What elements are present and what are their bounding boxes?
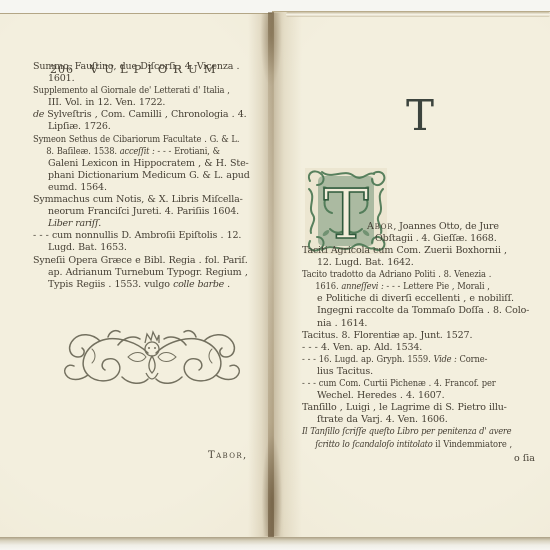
text-line: lius Tacitus. <box>302 366 538 378</box>
text-segment: Il Tanſillo ſcriſſe queſto Libro per pen… <box>302 426 511 437</box>
text-segment: e Politiche di diverſi eccellenti , e no… <box>317 293 514 304</box>
text-segment: acceſſit : <box>120 146 155 157</box>
text-segment: Ingegni raccolte da Tommaſo Doſſa . 8. C… <box>317 305 529 316</box>
text-segment: phani Dictionarium Medicum G. & L. apud <box>48 170 250 181</box>
text-line: Liber rariſſ. <box>33 218 259 230</box>
text-segment: Abor <box>367 221 393 232</box>
right-catchword: o ſia <box>514 453 535 464</box>
text-segment: - - - Erotiani, & <box>155 146 220 157</box>
rococo-tailpiece-ornament <box>62 327 242 393</box>
left-catchword: Tabor, <box>208 450 248 461</box>
section-letter: T <box>398 95 442 137</box>
text-segment: Tacito tradotto da Adriano Politi . 8. V… <box>302 269 491 280</box>
text-segment: colle barbe . <box>173 279 230 290</box>
left-text-block: Summo, Fauſtino, due Diſcorſi . 4. Vicen… <box>33 61 259 291</box>
ornament-mask-face <box>145 332 159 379</box>
text-segment: Lugd. Bat. 1653. <box>48 242 127 253</box>
text-segment: Wechel. Heredes . 4. 1607. <box>317 390 444 401</box>
text-segment: Galeni Lexicon in Hippocratem , & H. Ste… <box>48 158 249 169</box>
text-line: Lipſiæ. 1726. <box>33 121 259 133</box>
text-line: Syneſii Opera Græce e Bibl. Regia . fol.… <box>33 255 259 267</box>
text-line: Taciti Agricola cum Com. Zuerii Boxhorni… <box>302 245 538 257</box>
text-line: Typis Regiis . 1553. vulgo colle barbe . <box>33 279 259 291</box>
text-segment: ſtrate da Varj. 4. Ven. 1606. <box>317 414 448 425</box>
text-line: Symmachus cum Notis, & X. Libris Miſcell… <box>33 194 259 206</box>
text-segment: neorum Franciſci Jureti. 4. Pariſiis 160… <box>48 206 239 217</box>
text-line: neorum Franciſci Jureti. 4. Pariſiis 160… <box>33 206 259 218</box>
text-line: ſtrate da Varj. 4. Ven. 1606. <box>302 414 538 426</box>
text-segment: ſcritto lo ſcandaloſo intitolato <box>315 439 435 450</box>
text-segment: nia . 1614. <box>317 318 367 329</box>
text-segment: Taciti Agricola cum Com. Zuerii Boxhorni… <box>302 245 507 256</box>
text-segment: III. Vol. in 12. Ven. 1722. <box>48 97 165 108</box>
text-line: nia . 1614. <box>302 318 538 330</box>
text-segment: - - - Lettere Pie , Morali , <box>384 281 490 292</box>
text-line: ap. Adrianum Turnebum Typogr. Regium , <box>33 267 259 279</box>
text-segment: Symmachus cum Notis, & X. Libris Miſcell… <box>33 194 243 205</box>
text-segment: Vide : <box>434 354 457 365</box>
text-segment: - - - cum nonnullis D. Ambroſii Epiſtoli… <box>33 230 241 241</box>
text-line: Obſtagii . 4. Gieſſæ. 1668. <box>375 233 497 244</box>
text-segment: Corne- <box>457 354 488 365</box>
text-segment: Tacitus. 8. Florentiæ ap. Junt. 1527. <box>302 330 472 341</box>
text-line: - - - cum Com. Curtii Pichenæ . 4. Franc… <box>302 378 510 390</box>
text-line: 1601. <box>33 73 259 85</box>
text-segment: - - - 16. Lugd. ap. Gryph. 1559. <box>302 354 434 365</box>
text-segment: Tanſillo , Luigi , le Lagrime di S. Piet… <box>302 402 507 413</box>
text-line: Summo, Fauſtino, due Diſcorſi . 4. Vicen… <box>33 61 259 73</box>
text-line: Wechel. Heredes . 4. 1607. <box>302 390 538 402</box>
text-line: Galeni Lexicon in Hippocratem , & H. Ste… <box>33 158 259 170</box>
text-line: Symeon Sethus de Cibariorum Facultate . … <box>33 134 232 146</box>
page-top-edge <box>286 12 550 17</box>
text-line: phani Dictionarium Medicum G. & L. apud <box>33 170 259 182</box>
book-bottom-edge <box>0 537 550 550</box>
text-segment: Typis Regiis . 1553. vulgo <box>48 279 173 290</box>
text-segment: Symeon Sethus de Cibariorum Facultate . … <box>33 134 239 145</box>
text-line: - - - 4. Ven. ap. Ald. 1534. <box>302 342 538 354</box>
text-segment: 12. Lugd. Bat. 1642. <box>317 257 414 268</box>
initial-letter: T <box>323 176 368 255</box>
text-line: de Sylveſtris , Com. Camilli , Chronolog… <box>33 109 259 121</box>
text-line: Tanſillo , Luigi , le Lagrime di S. Piet… <box>302 402 538 414</box>
text-segment: , Joannes Otto, de Jure <box>393 221 499 232</box>
text-line: Il Tanſillo ſcriſſe queſto Libro per pen… <box>302 426 510 438</box>
text-segment: - - - cum Com. Curtii Pichenæ . 4. Franc… <box>302 378 496 389</box>
text-line: Lugd. Bat. 1653. <box>33 242 259 254</box>
text-segment: il Vindemmiatore , <box>435 439 512 450</box>
text-line: Abor, Joannes Otto, de Jure <box>367 221 499 232</box>
text-segment: anneſſevi : <box>341 281 383 292</box>
text-segment: Supplemento al Giornale de' Letterati d'… <box>33 85 230 96</box>
text-segment: Lipſiæ. 1726. <box>48 121 111 132</box>
text-line: Supplemento al Giornale de' Letterati d'… <box>33 85 232 97</box>
text-segment: Obſtagii . 4. Gieſſæ. 1668. <box>375 233 497 244</box>
open-book-photo: 206VULPIORUM BIBLIOTHECA.207 Summo, Fauſ… <box>0 0 550 550</box>
text-segment: eumd. 1564. <box>48 182 107 193</box>
text-segment: lius Tacitus. <box>317 366 373 377</box>
text-line: 8. Baſileæ. 1538. acceſſit : - - - Eroti… <box>33 146 232 158</box>
text-segment: Syneſii Opera Græce e Bibl. Regia . fol.… <box>33 255 248 266</box>
right-text-block: Taciti Agricola cum Com. Zuerii Boxhorni… <box>302 245 538 451</box>
text-segment: Sylveſtris , Com. Camilli , Chronologia … <box>47 109 246 120</box>
text-segment: de <box>33 109 47 120</box>
text-line: Ingegni raccolte da Tommaſo Doſſa . 8. C… <box>302 305 538 317</box>
text-line: 12. Lugd. Bat. 1642. <box>302 257 538 269</box>
text-segment: ap. Adrianum Turnebum Typogr. Regium , <box>48 267 248 278</box>
text-segment: Liber rariſſ. <box>48 218 101 229</box>
text-line: e Politiche di diverſi eccellenti , e no… <box>302 293 538 305</box>
gutter-shadow-top <box>260 13 282 87</box>
gutter-shadow-bottom <box>262 436 282 536</box>
text-segment: 8. Baſileæ. 1538. <box>46 146 120 157</box>
text-line: 1616. anneſſevi : - - - Lettere Pie , Mo… <box>302 281 510 293</box>
text-segment: 1601. <box>48 73 74 84</box>
text-segment: - - - 4. Ven. ap. Ald. 1534. <box>302 342 422 353</box>
text-line: - - - 16. Lugd. ap. Gryph. 1559. Vide : … <box>302 354 510 366</box>
text-segment: 1616. <box>315 281 341 292</box>
text-line: Tacito tradotto da Adriano Politi . 8. V… <box>302 269 510 281</box>
text-line: III. Vol. in 12. Ven. 1722. <box>33 97 259 109</box>
text-line: eumd. 1564. <box>33 182 259 194</box>
text-line: Tacitus. 8. Florentiæ ap. Junt. 1527. <box>302 330 538 342</box>
text-line: ſcritto lo ſcandaloſo intitolato il Vind… <box>302 439 510 451</box>
text-segment: Summo, Fauſtino, due Diſcorſi . 4. Vicen… <box>33 61 239 72</box>
text-line: - - - cum nonnullis D. Ambroſii Epiſtoli… <box>33 230 259 242</box>
